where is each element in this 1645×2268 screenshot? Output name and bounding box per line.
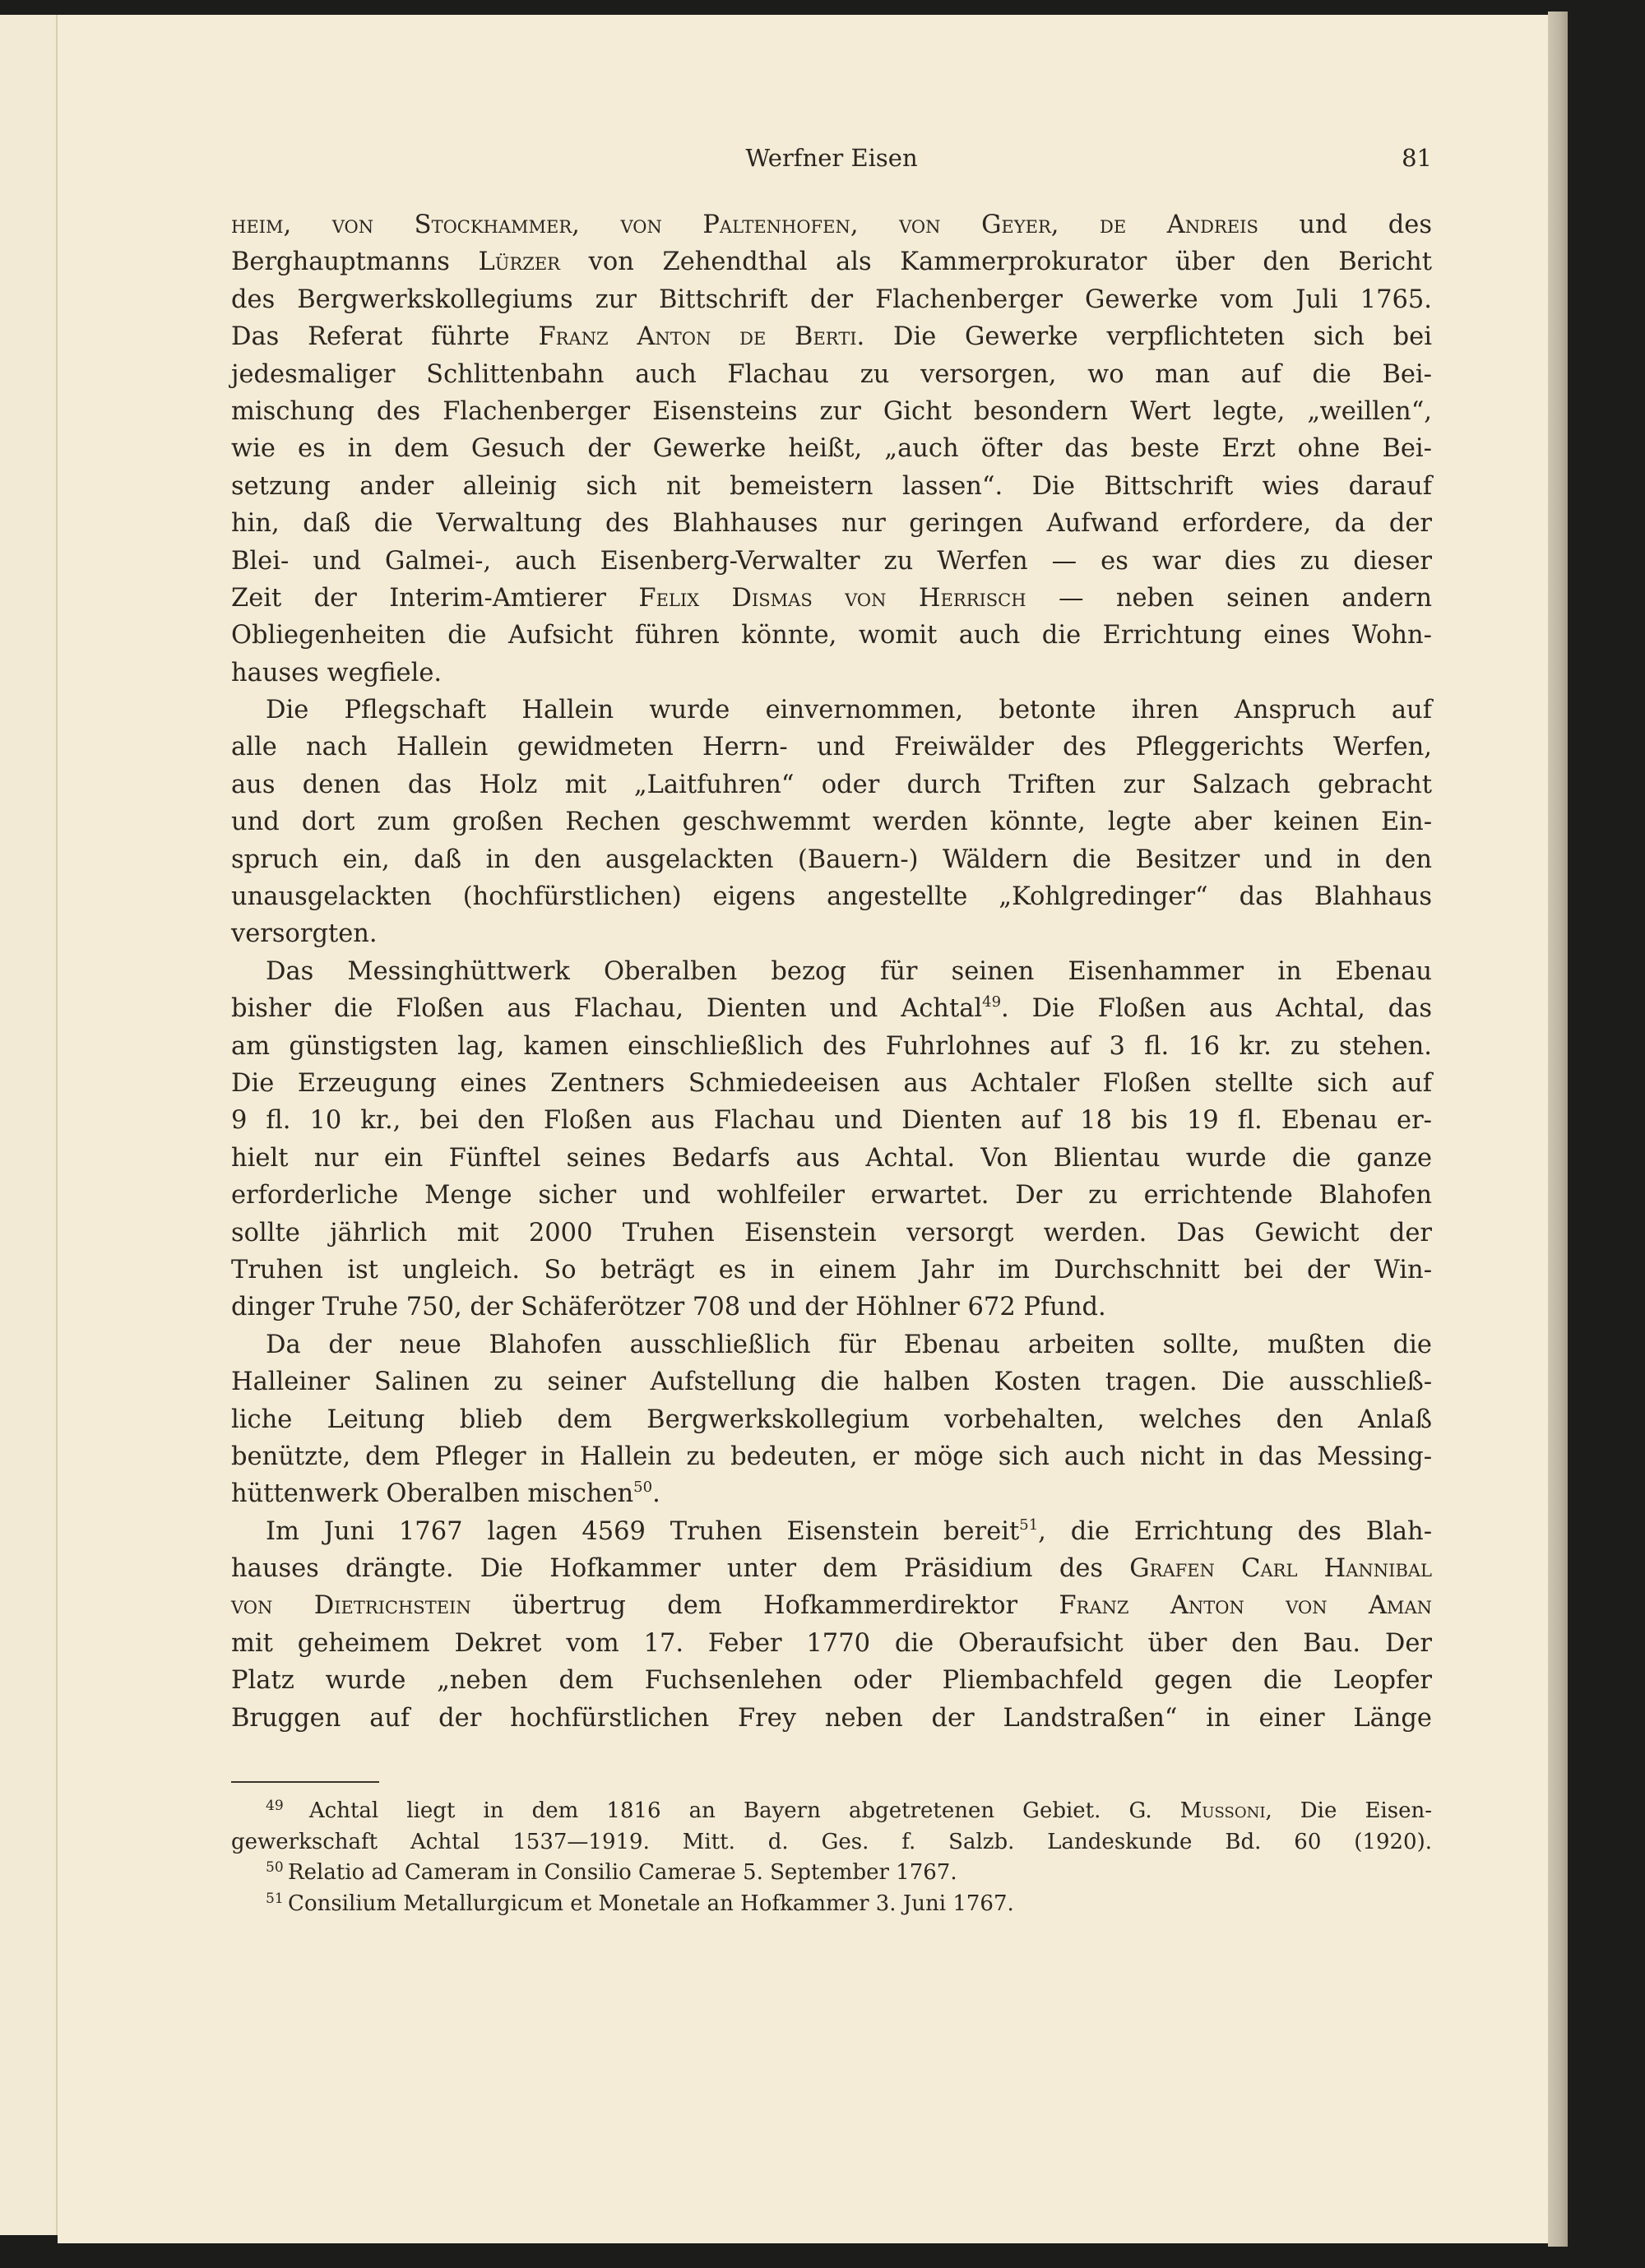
text-line: hauses drängte. Die Hofkammer unter dem … bbox=[231, 1550, 1432, 1587]
text-run: bisher die Floßen aus Flachau, Dienten u… bbox=[231, 994, 982, 1023]
text-line: mit geheimem Dekret vom 17. Feber 1770 d… bbox=[231, 1625, 1432, 1662]
text-run: Platz wurde „neben dem Fuchsenlehen oder… bbox=[231, 1666, 1432, 1695]
text-run: alle nach Hallein gewidmeten Herrn- und … bbox=[231, 733, 1432, 761]
text-run: gewerkschaft Achtal 1537—1919. Mitt. d. … bbox=[231, 1830, 1432, 1854]
person-name: Franz Anton de Berti bbox=[538, 322, 856, 351]
text-line: unausgelackten (hochfürstlichen) eigens … bbox=[231, 878, 1432, 915]
text-run: , bbox=[572, 211, 620, 239]
text-run: mischung des Flachenberger Eisensteins z… bbox=[231, 397, 1432, 426]
text-line: hauses wegfiele. bbox=[231, 655, 1432, 692]
text-run: Consilium Metallurgicum et Monetale an H… bbox=[288, 1891, 1014, 1916]
text-line: wie es in dem Gesuch der Gewerke heißt, … bbox=[231, 430, 1432, 467]
text-line: hüttenwerk Oberalben mischen50. bbox=[231, 1475, 1432, 1512]
person-name: Franz Anton von Aman bbox=[1059, 1591, 1432, 1620]
text-run: , Die Eisen- bbox=[1265, 1798, 1432, 1823]
person-name: von Geyer bbox=[899, 211, 1051, 239]
person-name: de Andreis bbox=[1100, 211, 1258, 239]
text-run: Zeit der Interim-Amtierer bbox=[231, 584, 638, 613]
text-run: — neben seinen andern bbox=[1026, 584, 1432, 613]
text-line: Die Pflegschaft Hallein wurde einvernomm… bbox=[231, 692, 1432, 729]
page-number: 81 bbox=[1402, 144, 1432, 172]
text-line: Obliegenheiten die Aufsicht führen könnt… bbox=[231, 617, 1432, 654]
text-run: jedesmaliger Schlittenbahn auch Flachau … bbox=[231, 360, 1432, 389]
footnotes: 49 Achtal liegt in dem 1816 an Bayern ab… bbox=[231, 1796, 1432, 1919]
text-run: mit geheimem Dekret vom 17. Feber 1770 d… bbox=[231, 1629, 1432, 1658]
person-name: Mussoni bbox=[1180, 1798, 1266, 1823]
body-text: heim, von Stockhammer, von Paltenhofen, … bbox=[231, 206, 1432, 1737]
text-run: hauses wegfiele. bbox=[231, 659, 442, 687]
page-stack-edge bbox=[1548, 12, 1568, 2247]
text-run: unausgelackten (hochfürstlichen) eigens … bbox=[231, 882, 1432, 911]
text-line: 9 fl. 10 kr., bei den Floßen aus Flachau… bbox=[231, 1102, 1432, 1139]
text-line: Die Erzeugung eines Zentners Schmiedeeis… bbox=[231, 1065, 1432, 1102]
text-line: aus denen das Holz mit „Laitfuhren“ oder… bbox=[231, 766, 1432, 803]
text-run: dinger Truhe 750, der Schäferötzer 708 u… bbox=[231, 1293, 1106, 1321]
text-run: Das Messinghüttwerk Oberalben bezog für … bbox=[266, 957, 1432, 986]
text-run: hielt nur ein Fünftel seines Bedarfs aus… bbox=[231, 1144, 1432, 1173]
text-run: und dort zum großen Rechen geschwemmt we… bbox=[231, 808, 1432, 836]
text-run: . Die Floßen aus Achtal, das bbox=[1001, 994, 1432, 1023]
running-title: Werfner Eisen bbox=[231, 144, 1432, 172]
text-line: dinger Truhe 750, der Schäferötzer 708 u… bbox=[231, 1289, 1432, 1326]
text-run: erforderliche Menge sicher und wohlfeile… bbox=[231, 1181, 1432, 1210]
book-page: Werfner Eisen 81 heim, von Stockhammer, … bbox=[58, 15, 1548, 2243]
footnote-line: 50 Relatio ad Cameram in Consilio Camera… bbox=[231, 1858, 1432, 1889]
footnote-number: 51 bbox=[266, 1891, 288, 1907]
text-run: Blei- und Galmei-, auch Eisenberg-Verwal… bbox=[231, 547, 1432, 576]
footnote-number: 49 bbox=[266, 1798, 309, 1814]
footnote-line: 51 Consilium Metallurgicum et Monetale a… bbox=[231, 1889, 1432, 1920]
text-run: hüttenwerk Oberalben mischen bbox=[231, 1479, 633, 1508]
text-line: jedesmaliger Schlittenbahn auch Flachau … bbox=[231, 356, 1432, 393]
person-name: von Dietrichstein bbox=[231, 1591, 471, 1620]
text-run: wie es in dem Gesuch der Gewerke heißt, … bbox=[231, 434, 1432, 463]
text-run: . bbox=[652, 1479, 660, 1508]
text-line: Truhen ist ungleich. So beträgt es in ei… bbox=[231, 1252, 1432, 1289]
text-run: Halleiner Salinen zu seiner Aufstellung … bbox=[231, 1368, 1432, 1396]
footnote-ref: 51 bbox=[1019, 1516, 1038, 1534]
text-line: Berghauptmanns Lürzer von Zehendthal als… bbox=[231, 243, 1432, 280]
text-run: am günstigsten lag, kamen einschließlich… bbox=[231, 1032, 1432, 1061]
text-line: Platz wurde „neben dem Fuchsenlehen oder… bbox=[231, 1662, 1432, 1699]
text-run: , bbox=[1051, 211, 1100, 239]
person-name: Felix Dismas von Herrisch bbox=[638, 584, 1026, 613]
text-line: hin, daß die Verwaltung des Blahhauses n… bbox=[231, 505, 1432, 542]
text-line: und dort zum großen Rechen geschwemmt we… bbox=[231, 803, 1432, 840]
footnote-number: 50 bbox=[266, 1859, 288, 1876]
text-run: Da der neue Blahofen ausschließlich für … bbox=[266, 1331, 1432, 1359]
text-run: Relatio ad Cameram in Consilio Camerae 5… bbox=[288, 1860, 957, 1885]
left-page-edge bbox=[0, 15, 56, 2235]
text-run: Truhen ist ungleich. So beträgt es in ei… bbox=[231, 1256, 1432, 1284]
text-line: Zeit der Interim-Amtierer Felix Dismas v… bbox=[231, 580, 1432, 617]
text-run: spruch ein, daß in den ausgelackten (Bau… bbox=[231, 845, 1432, 874]
text-run: des Bergwerkskollegiums zur Bittschrift … bbox=[231, 285, 1432, 314]
text-run: Das Referat führte bbox=[231, 322, 538, 351]
text-run: setzung ander alleinig sich nit bemeiste… bbox=[231, 472, 1432, 501]
footnote-divider bbox=[231, 1781, 379, 1783]
text-run: versorgten. bbox=[231, 919, 378, 948]
text-line: Das Messinghüttwerk Oberalben bezog für … bbox=[231, 953, 1432, 990]
text-line: versorgten. bbox=[231, 915, 1432, 952]
text-line: des Bergwerkskollegiums zur Bittschrift … bbox=[231, 281, 1432, 318]
text-run: , die Errichtung des Blah- bbox=[1038, 1517, 1432, 1546]
footnote-ref: 50 bbox=[633, 1479, 652, 1496]
text-run: benützte, dem Pfleger in Hallein zu bede… bbox=[231, 1442, 1432, 1471]
text-line: Bruggen auf der hochfürstlichen Frey neb… bbox=[231, 1700, 1432, 1737]
text-line: sollte jährlich mit 2000 Truhen Eisenste… bbox=[231, 1215, 1432, 1252]
text-run: Die Erzeugung eines Zentners Schmiedeeis… bbox=[231, 1069, 1432, 1098]
footnote-line: gewerkschaft Achtal 1537—1919. Mitt. d. … bbox=[231, 1827, 1432, 1858]
text-line: erforderliche Menge sicher und wohlfeile… bbox=[231, 1177, 1432, 1214]
text-line: Blei- und Galmei-, auch Eisenberg-Verwal… bbox=[231, 543, 1432, 580]
text-line: liche Leitung blieb dem Bergwerkskollegi… bbox=[231, 1401, 1432, 1438]
text-line: Halleiner Salinen zu seiner Aufstellung … bbox=[231, 1363, 1432, 1400]
footnote-ref: 49 bbox=[982, 993, 1001, 1011]
text-run: aus denen das Holz mit „Laitfuhren“ oder… bbox=[231, 771, 1432, 799]
text-line: am günstigsten lag, kamen einschließlich… bbox=[231, 1028, 1432, 1065]
person-name: von Paltenhofen bbox=[620, 211, 850, 239]
text-run: 9 fl. 10 kr., bei den Floßen aus Flachau… bbox=[231, 1106, 1432, 1135]
text-line: benützte, dem Pfleger in Hallein zu bede… bbox=[231, 1438, 1432, 1475]
text-line: Das Referat führte Franz Anton de Berti.… bbox=[231, 318, 1432, 355]
text-run: Im Juni 1767 lagen 4569 Truhen Eisenstei… bbox=[266, 1517, 1019, 1546]
text-run: , bbox=[850, 211, 899, 239]
text-run: liche Leitung blieb dem Bergwerkskollegi… bbox=[231, 1405, 1432, 1434]
text-run: Obliegenheiten die Aufsicht führen könnt… bbox=[231, 621, 1432, 650]
text-line: von Dietrichstein übertrug dem Hofkammer… bbox=[231, 1587, 1432, 1624]
text-line: Da der neue Blahofen ausschließlich für … bbox=[231, 1326, 1432, 1363]
text-line: hielt nur ein Fünftel seines Bedarfs aus… bbox=[231, 1140, 1432, 1177]
text-line: spruch ein, daß in den ausgelackten (Bau… bbox=[231, 841, 1432, 878]
footnote-line: 49 Achtal liegt in dem 1816 an Bayern ab… bbox=[231, 1796, 1432, 1827]
text-run: Achtal liegt in dem 1816 an Bayern abget… bbox=[309, 1798, 1180, 1823]
text-line: alle nach Hallein gewidmeten Herrn- und … bbox=[231, 729, 1432, 766]
text-line: setzung ander alleinig sich nit bemeiste… bbox=[231, 468, 1432, 505]
text-line: Im Juni 1767 lagen 4569 Truhen Eisenstei… bbox=[231, 1513, 1432, 1550]
text-run: hauses drängte. Die Hofkammer unter dem … bbox=[231, 1554, 1129, 1583]
text-line: bisher die Floßen aus Flachau, Dienten u… bbox=[231, 990, 1432, 1027]
person-name: Stockhammer bbox=[415, 211, 572, 239]
text-run: sollte jährlich mit 2000 Truhen Eisenste… bbox=[231, 1219, 1432, 1247]
text-run: Die Pflegschaft Hallein wurde einvernomm… bbox=[266, 696, 1432, 724]
text-run: von Zehendthal als Kammerprokurator über… bbox=[560, 248, 1432, 276]
person-name: heim, von bbox=[231, 211, 415, 239]
text-run: übertrug dem Hofkammerdirektor bbox=[471, 1591, 1059, 1620]
text-run: Bruggen auf der hochfürstlichen Frey neb… bbox=[231, 1704, 1432, 1733]
running-head: Werfner Eisen 81 bbox=[231, 144, 1432, 177]
person-name: Lürzer bbox=[479, 248, 561, 276]
text-run: . Die Gewerke verpflichteten sich bei bbox=[857, 322, 1432, 351]
text-line: mischung des Flachenberger Eisensteins z… bbox=[231, 393, 1432, 430]
text-run: und des bbox=[1258, 211, 1432, 239]
text-run: Berghauptmanns bbox=[231, 248, 479, 276]
text-run: hin, daß die Verwaltung des Blahhauses n… bbox=[231, 509, 1432, 538]
person-name: Grafen Carl Hannibal bbox=[1129, 1554, 1432, 1583]
text-line: heim, von Stockhammer, von Paltenhofen, … bbox=[231, 206, 1432, 243]
